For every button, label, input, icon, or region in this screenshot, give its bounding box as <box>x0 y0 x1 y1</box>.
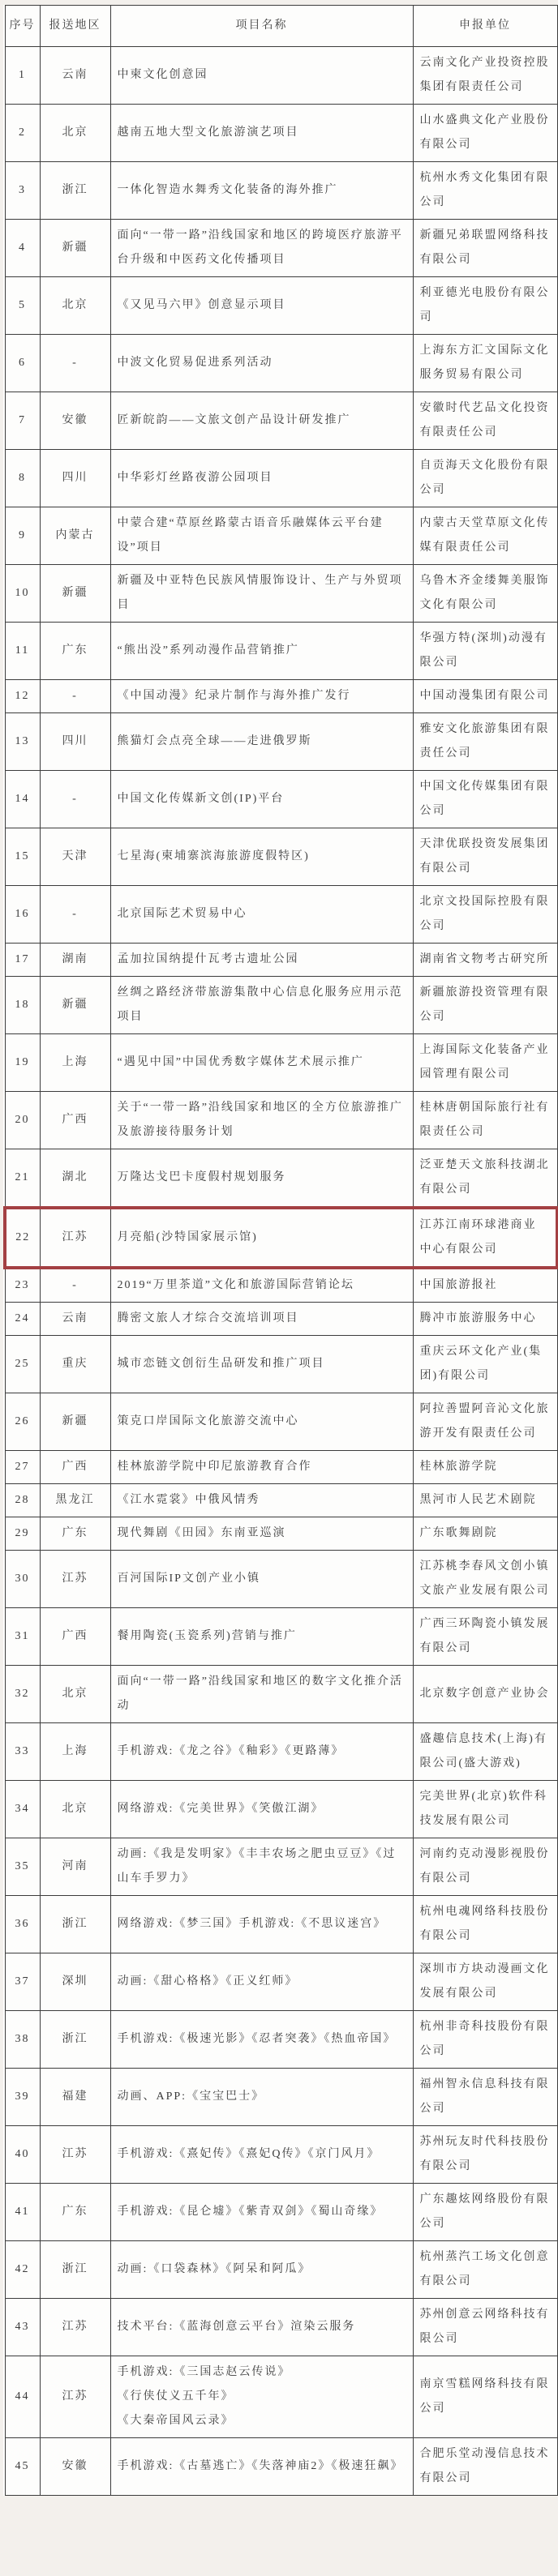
row-number-cell: 38 <box>5 2011 40 2069</box>
region-cell: 北京 <box>40 277 110 335</box>
declaring-unit-cell: 湖南省文物考古研究所 <box>413 944 557 977</box>
declaring-unit-cell: 广东趣炫网络股份有限公司 <box>413 2184 557 2241</box>
region-cell: 新疆 <box>40 977 110 1034</box>
project-name-cell: 北京国际艺术贸易中心 <box>110 886 413 944</box>
project-name-cell: 中华彩灯丝路夜游公园项目 <box>110 450 413 507</box>
region-cell: 深圳 <box>40 1953 110 2011</box>
header-row: 序号 报送地区 项目名称 申报单位 <box>5 6 557 47</box>
project-name-cell: 中国文化传媒新文创(IP)平台 <box>110 771 413 828</box>
region-cell: - <box>40 886 110 944</box>
project-name-cell: 策克口岸国际文化旅游交流中心 <box>110 1393 413 1451</box>
row-number-cell: 14 <box>5 771 40 828</box>
declaring-unit-cell: 中国动漫集团有限公司 <box>413 680 557 713</box>
table-row: 29广东现代舞剧《田园》东南亚巡演广东歌舞剧院 <box>5 1517 557 1551</box>
declaring-unit-cell: 新疆旅游投资管理有限公司 <box>413 977 557 1034</box>
project-name-cell: 手机游戏:《昆仑墟》《紫青双剑》《蜀山奇缘》 <box>110 2184 413 2241</box>
table-row: 26新疆策克口岸国际文化旅游交流中心阿拉善盟阿音沁文化旅游开发有限责任公司 <box>5 1393 557 1451</box>
row-number-cell: 31 <box>5 1608 40 1666</box>
region-cell: 北京 <box>40 105 110 162</box>
region-cell: 北京 <box>40 1781 110 1838</box>
region-cell: 湖南 <box>40 944 110 977</box>
region-cell: - <box>40 335 110 392</box>
table-row: 40江苏手机游戏:《熹妃传》《熹妃Q传》《京门风月》苏州玩友时代科技股份有限公司 <box>5 2126 557 2184</box>
project-name-cell: 七星海(柬埔寨滨海旅游度假特区) <box>110 828 413 886</box>
region-cell: 广东 <box>40 1517 110 1551</box>
row-number-cell: 1 <box>5 47 40 105</box>
table-row: 9内蒙古中蒙合建“草原丝路蒙古语音乐融媒体云平台建设”项目内蒙古天堂草原文化传媒… <box>5 507 557 565</box>
project-name-cell: 手机游戏:《极速光影》《忍者突袭》《热血帝国》 <box>110 2011 413 2069</box>
project-name-cell: 桂林旅游学院中印尼旅游教育合作 <box>110 1451 413 1484</box>
row-number-cell: 28 <box>5 1484 40 1517</box>
header-cell-project: 项目名称 <box>110 6 413 47</box>
project-name-cell: 中蒙合建“草原丝路蒙古语音乐融媒体云平台建设”项目 <box>110 507 413 565</box>
table-row: 33上海手机游戏:《龙之谷》《釉彩》《更路薄》盛趣信息技术(上海)有限公司(盛大… <box>5 1723 557 1781</box>
project-name-cell: 百河国际IP文创产业小镇 <box>110 1551 413 1608</box>
row-number-cell: 26 <box>5 1393 40 1451</box>
project-name-cell: 《中国动漫》纪录片制作与海外推广发行 <box>110 680 413 713</box>
region-cell: 云南 <box>40 1303 110 1336</box>
region-cell: 黑龙江 <box>40 1484 110 1517</box>
table-row: 34北京网络游戏:《完美世界》《笑傲江湖》完美世界(北京)软件科技发展有限公司 <box>5 1781 557 1838</box>
row-number-cell: 42 <box>5 2241 40 2299</box>
project-name-cell: 关于“一带一路”沿线国家和地区的全方位旅游推广及旅游接待服务计划 <box>110 1092 413 1149</box>
project-name-cell: 餐用陶瓷(玉瓷系列)营销与推广 <box>110 1608 413 1666</box>
region-cell: 江苏 <box>40 1208 110 1268</box>
project-name-cell: 丝绸之路经济带旅游集散中心信息化服务应用示范项目 <box>110 977 413 1034</box>
region-cell: 内蒙古 <box>40 507 110 565</box>
region-cell: 天津 <box>40 828 110 886</box>
project-name-cell: 《又见马六甲》创意显示项目 <box>110 277 413 335</box>
table-row: 13四川熊猫灯会点亮全球——走进俄罗斯雅安文化旅游集团有限责任公司 <box>5 713 557 771</box>
region-cell: - <box>40 1268 110 1303</box>
table-row: 1云南中柬文化创意园云南文化产业投资控股集团有限责任公司 <box>5 47 557 105</box>
declaring-unit-cell: 中国旅游报社 <box>413 1268 557 1303</box>
row-number-cell: 10 <box>5 565 40 623</box>
row-number-cell: 32 <box>5 1666 40 1723</box>
region-cell: 江苏 <box>40 2126 110 2184</box>
header-cell-unit: 申报单位 <box>413 6 557 47</box>
row-number-cell: 15 <box>5 828 40 886</box>
declaring-unit-cell: 杭州水秀文化集团有限公司 <box>413 162 557 220</box>
region-cell: 上海 <box>40 1723 110 1781</box>
table-row: 6-中波文化贸易促进系列活动上海东方汇文国际文化服务贸易有限公司 <box>5 335 557 392</box>
table-row: 10新疆新疆及中亚特色民族风情服饰设计、生产与外贸项目乌鲁木齐金缕舞美服饰文化有… <box>5 565 557 623</box>
declaring-unit-cell: 盛趣信息技术(上海)有限公司(盛大游戏) <box>413 1723 557 1781</box>
document-page: 序号 报送地区 项目名称 申报单位 1云南中柬文化创意园云南文化产业投资控股集团… <box>0 0 558 2504</box>
table-row: 21湖北万隆达戈巴卡度假村规划服务泛亚楚天文旅科技湖北有限公司 <box>5 1149 557 1209</box>
table-row: 5北京《又见马六甲》创意显示项目利亚德光电股份有限公司 <box>5 277 557 335</box>
declaring-unit-cell: 上海东方汇文国际文化服务贸易有限公司 <box>413 335 557 392</box>
declaring-unit-cell: 上海国际文化装备产业园管理有限公司 <box>413 1034 557 1092</box>
project-name-cell: 网络游戏:《完美世界》《笑傲江湖》 <box>110 1781 413 1838</box>
header-cell-region: 报送地区 <box>40 6 110 47</box>
declaring-unit-cell: 阿拉善盟阿音沁文化旅游开发有限责任公司 <box>413 1393 557 1451</box>
project-name-cell: 城市恋链文创衍生品研发和推广项目 <box>110 1336 413 1393</box>
region-cell: 新疆 <box>40 1393 110 1451</box>
table-row: 24云南腾密文旅人才综合交流培训项目腾冲市旅游服务中心 <box>5 1303 557 1336</box>
project-name-cell: 腾密文旅人才综合交流培训项目 <box>110 1303 413 1336</box>
table-row: 43江苏技术平台:《蓝海创意云平台》渲染云服务苏州创意云网络科技有限公司 <box>5 2299 557 2356</box>
declaring-unit-cell: 腾冲市旅游服务中心 <box>413 1303 557 1336</box>
table-row: 23-2019“万里茶道”文化和旅游国际营销论坛中国旅游报社 <box>5 1268 557 1303</box>
table-row: 14-中国文化传媒新文创(IP)平台中国文化传媒集团有限公司 <box>5 771 557 828</box>
declaring-unit-cell: 杭州蒸汽工场文化创意有限公司 <box>413 2241 557 2299</box>
declaring-unit-cell: 黑河市人民艺术剧院 <box>413 1484 557 1517</box>
row-number-cell: 13 <box>5 713 40 771</box>
table-row: 31广西餐用陶瓷(玉瓷系列)营销与推广广西三环陶瓷小镇发展有限公司 <box>5 1608 557 1666</box>
declaring-unit-cell: 桂林唐朝国际旅行社有限责任公司 <box>413 1092 557 1149</box>
region-cell: 福建 <box>40 2069 110 2126</box>
row-number-cell: 9 <box>5 507 40 565</box>
region-cell: 浙江 <box>40 1896 110 1953</box>
project-name-cell: 手机游戏:《古墓逃亡》《失落神庙2》《极速狂飙》 <box>110 2438 413 2496</box>
project-name-cell: 动画、APP:《宝宝巴士》 <box>110 2069 413 2126</box>
declaring-unit-cell: 重庆云环文化产业(集团)有限公司 <box>413 1336 557 1393</box>
row-number-cell: 43 <box>5 2299 40 2356</box>
project-name-cell: “遇见中国”中国优秀数字媒体艺术展示推广 <box>110 1034 413 1092</box>
declaring-unit-cell: 北京数字创意产业协会 <box>413 1666 557 1723</box>
region-cell: - <box>40 771 110 828</box>
table-row: 35河南动画:《我是发明家》《丰丰农场之肥虫豆豆》《过山车手罗力》河南约克动漫影… <box>5 1838 557 1896</box>
declaring-unit-cell: 华强方特(深圳)动漫有限公司 <box>413 623 557 680</box>
declaring-unit-cell: 乌鲁木齐金缕舞美服饰文化有限公司 <box>413 565 557 623</box>
region-cell: 广西 <box>40 1092 110 1149</box>
table-row: 41广东手机游戏:《昆仑墟》《紫青双剑》《蜀山奇缘》广东趣炫网络股份有限公司 <box>5 2184 557 2241</box>
region-cell: 江苏 <box>40 1551 110 1608</box>
declaring-unit-cell: 南京雪糕网络科技有限公司 <box>413 2356 557 2438</box>
project-name-cell: 动画:《甜心格格》《正义红师》 <box>110 1953 413 2011</box>
row-number-cell: 19 <box>5 1034 40 1092</box>
declaring-unit-cell: 江苏桃李春风文创小镇文旅产业发展有限公司 <box>413 1551 557 1608</box>
declaring-unit-cell: 泛亚楚天文旅科技湖北有限公司 <box>413 1149 557 1209</box>
declaring-unit-cell: 内蒙古天堂草原文化传媒有限责任公司 <box>413 507 557 565</box>
row-number-cell: 45 <box>5 2438 40 2496</box>
project-name-cell: 面向“一带一路”沿线国家和地区的跨境医疗旅游平台升级和中医药文化传播项目 <box>110 220 413 277</box>
row-number-cell: 29 <box>5 1517 40 1551</box>
table-row: 2北京越南五地大型文化旅游演艺项目山水盛典文化产业股份有限公司 <box>5 105 557 162</box>
table-row: 45安徽手机游戏:《古墓逃亡》《失落神庙2》《极速狂飙》合肥乐堂动漫信息技术有限… <box>5 2438 557 2496</box>
declaring-unit-cell: 苏州玩友时代科技股份有限公司 <box>413 2126 557 2184</box>
table-row: 15天津七星海(柬埔寨滨海旅游度假特区)天津优联投资发展集团有限公司 <box>5 828 557 886</box>
row-number-cell: 24 <box>5 1303 40 1336</box>
table-row: 25重庆城市恋链文创衍生品研发和推广项目重庆云环文化产业(集团)有限公司 <box>5 1336 557 1393</box>
table-row: 32北京面向“一带一路”沿线国家和地区的数字文化推介活动北京数字创意产业协会 <box>5 1666 557 1723</box>
project-name-cell: 手机游戏:《熹妃传》《熹妃Q传》《京门风月》 <box>110 2126 413 2184</box>
row-number-cell: 20 <box>5 1092 40 1149</box>
declaring-unit-cell: 云南文化产业投资控股集团有限责任公司 <box>413 47 557 105</box>
projects-table: 序号 报送地区 项目名称 申报单位 1云南中柬文化创意园云南文化产业投资控股集团… <box>3 5 558 2496</box>
project-name-cell: 一体化智造水舞秀文化装备的海外推广 <box>110 162 413 220</box>
table-body: 1云南中柬文化创意园云南文化产业投资控股集团有限责任公司2北京越南五地大型文化旅… <box>5 47 557 2496</box>
declaring-unit-cell: 深圳市方块动漫画文化发展有限公司 <box>413 1953 557 2011</box>
region-cell: 新疆 <box>40 565 110 623</box>
project-name-cell: 手机游戏:《龙之谷》《釉彩》《更路薄》 <box>110 1723 413 1781</box>
region-cell: 云南 <box>40 47 110 105</box>
region-cell: 浙江 <box>40 2011 110 2069</box>
row-number-cell: 41 <box>5 2184 40 2241</box>
project-name-cell: 月亮船(沙特国家展示馆) <box>110 1208 413 1268</box>
project-name-cell: 现代舞剧《田园》东南亚巡演 <box>110 1517 413 1551</box>
row-number-cell: 22 <box>5 1208 40 1268</box>
project-name-cell: 《江水霓裳》中俄风情秀 <box>110 1484 413 1517</box>
table-row: 11广东“熊出没”系列动漫作品营销推广华强方特(深圳)动漫有限公司 <box>5 623 557 680</box>
region-cell: 浙江 <box>40 162 110 220</box>
row-number-cell: 36 <box>5 1896 40 1953</box>
project-name-cell: 万隆达戈巴卡度假村规划服务 <box>110 1149 413 1209</box>
table-row: 20广西关于“一带一路”沿线国家和地区的全方位旅游推广及旅游接待服务计划桂林唐朝… <box>5 1092 557 1149</box>
project-name-cell: 孟加拉国纳提什瓦考古遗址公园 <box>110 944 413 977</box>
table-row: 18新疆丝绸之路经济带旅游集散中心信息化服务应用示范项目新疆旅游投资管理有限公司 <box>5 977 557 1034</box>
project-name-cell: “熊出没”系列动漫作品营销推广 <box>110 623 413 680</box>
declaring-unit-cell: 安徽时代艺品文化投资有限责任公司 <box>413 392 557 450</box>
table-row: 27广西桂林旅游学院中印尼旅游教育合作桂林旅游学院 <box>5 1451 557 1484</box>
row-number-cell: 12 <box>5 680 40 713</box>
project-name-cell: 手机游戏:《三国志赵云传说》 《行侠仗义五千年》 《大秦帝国风云录》 <box>110 2356 413 2438</box>
declaring-unit-cell: 中国文化传媒集团有限公司 <box>413 771 557 828</box>
table-row: 7安徽匠新皖韵——文旅文创产品设计研发推广安徽时代艺品文化投资有限责任公司 <box>5 392 557 450</box>
declaring-unit-cell: 苏州创意云网络科技有限公司 <box>413 2299 557 2356</box>
row-number-cell: 17 <box>5 944 40 977</box>
table-row: 12-《中国动漫》纪录片制作与海外推广发行中国动漫集团有限公司 <box>5 680 557 713</box>
row-number-cell: 18 <box>5 977 40 1034</box>
project-name-cell: 技术平台:《蓝海创意云平台》渲染云服务 <box>110 2299 413 2356</box>
region-cell: 江苏 <box>40 2356 110 2438</box>
row-number-cell: 8 <box>5 450 40 507</box>
declaring-unit-cell: 自贡海天文化股份有限公司 <box>413 450 557 507</box>
region-cell: 四川 <box>40 713 110 771</box>
row-number-cell: 35 <box>5 1838 40 1896</box>
project-name-cell: 中波文化贸易促进系列活动 <box>110 335 413 392</box>
row-number-cell: 11 <box>5 623 40 680</box>
row-number-cell: 30 <box>5 1551 40 1608</box>
declaring-unit-cell: 山水盛典文化产业股份有限公司 <box>413 105 557 162</box>
declaring-unit-cell: 完美世界(北京)软件科技发展有限公司 <box>413 1781 557 1838</box>
row-number-cell: 25 <box>5 1336 40 1393</box>
declaring-unit-cell: 河南约克动漫影视股份有限公司 <box>413 1838 557 1896</box>
declaring-unit-cell: 江苏江南环球港商业中心有限公司 <box>413 1208 557 1268</box>
region-cell: 广东 <box>40 2184 110 2241</box>
region-cell: 北京 <box>40 1666 110 1723</box>
project-name-cell: 2019“万里茶道”文化和旅游国际营销论坛 <box>110 1268 413 1303</box>
region-cell: 安徽 <box>40 392 110 450</box>
table-row: 30江苏百河国际IP文创产业小镇江苏桃李春风文创小镇文旅产业发展有限公司 <box>5 1551 557 1608</box>
row-number-cell: 16 <box>5 886 40 944</box>
header-cell-number: 序号 <box>5 6 40 47</box>
project-name-cell: 熊猫灯会点亮全球——走进俄罗斯 <box>110 713 413 771</box>
declaring-unit-cell: 杭州电魂网络科技股份有限公司 <box>413 1896 557 1953</box>
table-row: 3浙江一体化智造水舞秀文化装备的海外推广杭州水秀文化集团有限公司 <box>5 162 557 220</box>
table-row: 44江苏手机游戏:《三国志赵云传说》 《行侠仗义五千年》 《大秦帝国风云录》南京… <box>5 2356 557 2438</box>
row-number-cell: 6 <box>5 335 40 392</box>
project-name-cell: 匠新皖韵——文旅文创产品设计研发推广 <box>110 392 413 450</box>
row-number-cell: 37 <box>5 1953 40 2011</box>
declaring-unit-cell: 利亚德光电股份有限公司 <box>413 277 557 335</box>
row-number-cell: 44 <box>5 2356 40 2438</box>
table-row: 37深圳动画:《甜心格格》《正义红师》深圳市方块动漫画文化发展有限公司 <box>5 1953 557 2011</box>
table-row: 39福建动画、APP:《宝宝巴士》福州智永信息科技有限公司 <box>5 2069 557 2126</box>
region-cell: 上海 <box>40 1034 110 1092</box>
region-cell: 河南 <box>40 1838 110 1896</box>
row-number-cell: 3 <box>5 162 40 220</box>
region-cell: 新疆 <box>40 220 110 277</box>
declaring-unit-cell: 合肥乐堂动漫信息技术有限公司 <box>413 2438 557 2496</box>
declaring-unit-cell: 桂林旅游学院 <box>413 1451 557 1484</box>
row-number-cell: 7 <box>5 392 40 450</box>
table-row: 16-北京国际艺术贸易中心北京文投国际控股有限公司 <box>5 886 557 944</box>
project-name-cell: 新疆及中亚特色民族风情服饰设计、生产与外贸项目 <box>110 565 413 623</box>
declaring-unit-cell: 广东歌舞剧院 <box>413 1517 557 1551</box>
table-header: 序号 报送地区 项目名称 申报单位 <box>5 6 557 47</box>
region-cell: 安徽 <box>40 2438 110 2496</box>
declaring-unit-cell: 福州智永信息科技有限公司 <box>413 2069 557 2126</box>
declaring-unit-cell: 雅安文化旅游集团有限责任公司 <box>413 713 557 771</box>
region-cell: 广西 <box>40 1608 110 1666</box>
row-number-cell: 27 <box>5 1451 40 1484</box>
region-cell: 广东 <box>40 623 110 680</box>
highlighted-row: 22江苏月亮船(沙特国家展示馆)江苏江南环球港商业中心有限公司 <box>5 1208 557 1268</box>
row-number-cell: 39 <box>5 2069 40 2126</box>
project-name-cell: 动画:《我是发明家》《丰丰农场之肥虫豆豆》《过山车手罗力》 <box>110 1838 413 1896</box>
table-row: 8四川中华彩灯丝路夜游公园项目自贡海天文化股份有限公司 <box>5 450 557 507</box>
table-row: 4新疆面向“一带一路”沿线国家和地区的跨境医疗旅游平台升级和中医药文化传播项目新… <box>5 220 557 277</box>
row-number-cell: 33 <box>5 1723 40 1781</box>
declaring-unit-cell: 杭州非奇科技股份有限公司 <box>413 2011 557 2069</box>
table-row: 38浙江手机游戏:《极速光影》《忍者突袭》《热血帝国》杭州非奇科技股份有限公司 <box>5 2011 557 2069</box>
declaring-unit-cell: 北京文投国际控股有限公司 <box>413 886 557 944</box>
row-number-cell: 40 <box>5 2126 40 2184</box>
table-row: 36浙江网络游戏:《梦三国》手机游戏:《不思议迷宫》杭州电魂网络科技股份有限公司 <box>5 1896 557 1953</box>
region-cell: 江苏 <box>40 2299 110 2356</box>
table-row: 42浙江动画:《口袋森林》《阿呆和阿瓜》杭州蒸汽工场文化创意有限公司 <box>5 2241 557 2299</box>
project-name-cell: 动画:《口袋森林》《阿呆和阿瓜》 <box>110 2241 413 2299</box>
project-name-cell: 中柬文化创意园 <box>110 47 413 105</box>
row-number-cell: 2 <box>5 105 40 162</box>
declaring-unit-cell: 广西三环陶瓷小镇发展有限公司 <box>413 1608 557 1666</box>
declaring-unit-cell: 新疆兄弟联盟网络科技有限公司 <box>413 220 557 277</box>
project-name-cell: 越南五地大型文化旅游演艺项目 <box>110 105 413 162</box>
region-cell: 广西 <box>40 1451 110 1484</box>
region-cell: 四川 <box>40 450 110 507</box>
region-cell: 湖北 <box>40 1149 110 1209</box>
region-cell: 重庆 <box>40 1336 110 1393</box>
project-name-cell: 网络游戏:《梦三国》手机游戏:《不思议迷宫》 <box>110 1896 413 1953</box>
table-row: 19上海“遇见中国”中国优秀数字媒体艺术展示推广上海国际文化装备产业园管理有限公… <box>5 1034 557 1092</box>
row-number-cell: 21 <box>5 1149 40 1209</box>
row-number-cell: 5 <box>5 277 40 335</box>
table-row: 17湖南孟加拉国纳提什瓦考古遗址公园湖南省文物考古研究所 <box>5 944 557 977</box>
row-number-cell: 23 <box>5 1268 40 1303</box>
project-name-cell: 面向“一带一路”沿线国家和地区的数字文化推介活动 <box>110 1666 413 1723</box>
row-number-cell: 34 <box>5 1781 40 1838</box>
declaring-unit-cell: 天津优联投资发展集团有限公司 <box>413 828 557 886</box>
table-row: 28黑龙江《江水霓裳》中俄风情秀黑河市人民艺术剧院 <box>5 1484 557 1517</box>
row-number-cell: 4 <box>5 220 40 277</box>
region-cell: 浙江 <box>40 2241 110 2299</box>
region-cell: - <box>40 680 110 713</box>
